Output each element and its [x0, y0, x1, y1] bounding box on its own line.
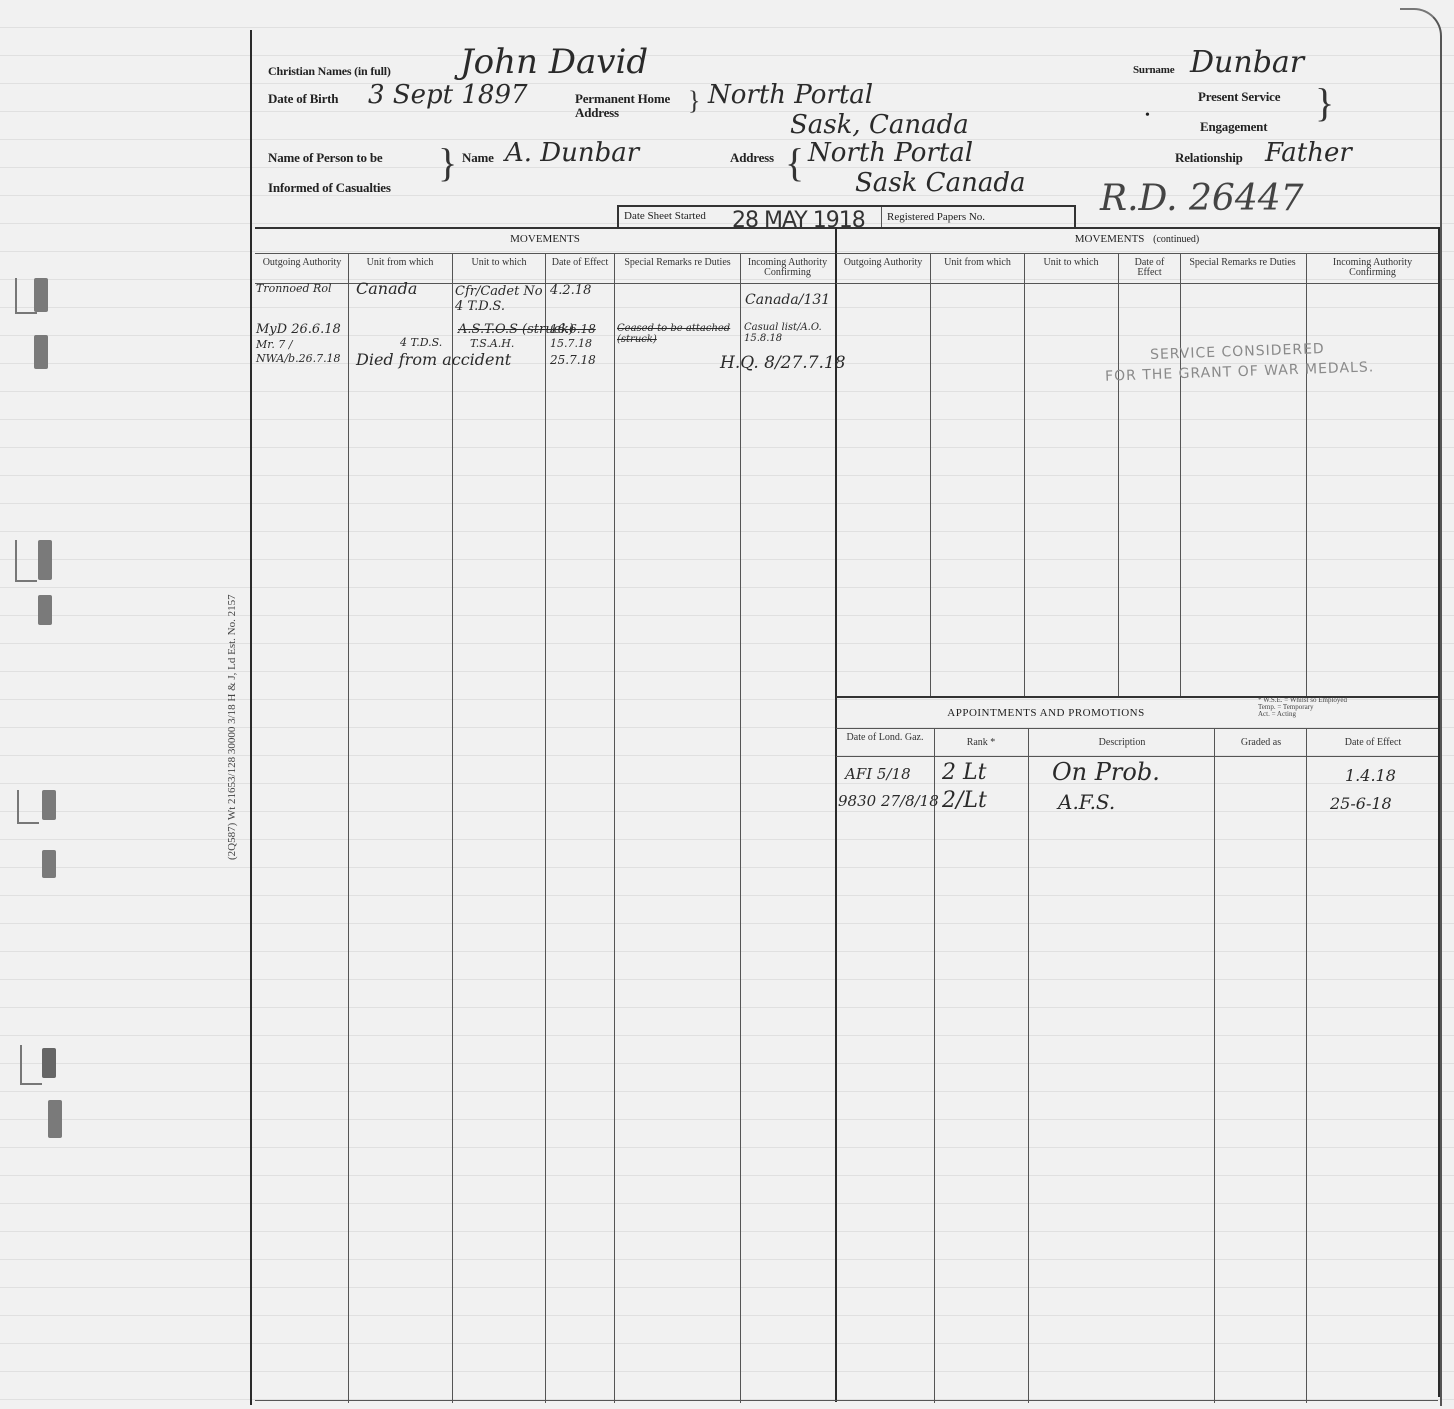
col-header-incoming: Incoming Authority Confirming — [741, 258, 834, 278]
cell-remarks: Ceased to be attached (struck) — [617, 323, 739, 345]
cell-outgoing: Mr. 7 / — [256, 338, 293, 351]
col-divider — [614, 253, 615, 1403]
binder-clip — [17, 790, 39, 824]
next-of-kin-label-2: Informed of Casualties — [268, 180, 391, 196]
binder-tab — [48, 1100, 62, 1138]
cell-unit-from: Died from accident — [356, 350, 511, 369]
appointments-title: APPOINTMENTS AND PROMOTIONS — [836, 707, 1256, 719]
col-divider — [1028, 728, 1029, 1403]
col-header-date: Date of Effect — [1122, 258, 1177, 278]
col-header-effect: Date of Effect — [1310, 738, 1436, 748]
col-divider — [1180, 253, 1181, 696]
binder-tab — [38, 540, 52, 580]
col-divider — [934, 728, 935, 1403]
cell-effect: 25-6-18 — [1330, 794, 1392, 813]
date-sheet-box: Date Sheet Started 28 MAY 1918 Registere… — [617, 205, 1076, 229]
title-text: MOVEMENTS — [1075, 233, 1145, 245]
divider — [836, 283, 1438, 284]
dob-label: Date of Birth — [268, 91, 338, 107]
cell-unit-to: Cfr/Cadet No 4 T.D.S. — [455, 284, 545, 314]
col-header-incoming: Incoming Authority Confirming — [1310, 258, 1435, 278]
nok-name-label: Name — [462, 150, 494, 166]
col-divider — [1214, 728, 1215, 1403]
relationship-value: Father — [1265, 138, 1352, 168]
date-sheet-started-label: Date Sheet Started — [624, 210, 706, 222]
col-divider — [1306, 728, 1307, 1403]
table-bottom-border — [255, 1400, 1438, 1401]
form-print-code: (2Q587) Wt 21653/128 30000 3/18 H & J, L… — [226, 500, 238, 860]
form-left-border — [250, 30, 252, 1405]
brace: } — [1315, 90, 1334, 116]
present-service-label: Present Service — [1198, 89, 1280, 105]
divider — [836, 253, 1438, 254]
christian-names-value: John David — [460, 42, 648, 82]
col-header-outgoing: Outgoing Authority — [838, 258, 928, 268]
col-header-remarks: Special Remarks re Duties — [620, 258, 735, 268]
relationship-label: Relationship — [1175, 150, 1243, 166]
col-header-unit-from: Unit from which — [935, 258, 1020, 268]
brace: } — [438, 150, 457, 176]
cell-date: 15.7.18 — [550, 337, 592, 350]
cell-date: 16.6.18 — [550, 322, 596, 336]
cell-unit-from: 4 T.D.S. — [400, 336, 442, 349]
permanent-address-line1: North Portal — [708, 80, 873, 110]
page-corner-edge — [1400, 8, 1442, 1406]
date-sheet-started-stamp: 28 MAY 1918 — [732, 208, 865, 233]
col-header-unit-from: Unit from which — [355, 258, 445, 268]
divider — [836, 756, 1438, 757]
next-of-kin-label-1: Name of Person to be — [268, 150, 382, 166]
binder-tab — [34, 278, 48, 312]
col-divider — [930, 253, 931, 696]
cell-incoming: H.Q. 8/27.7.18 — [720, 353, 846, 373]
movements-title: MOVEMENTS — [255, 233, 835, 245]
col-header-date: Date of Effect — [550, 258, 610, 268]
surname-value: Dunbar — [1190, 45, 1304, 80]
brace: } — [688, 88, 700, 114]
dob-value: 3 Sept 1897 — [368, 80, 528, 110]
cell-date: 4.2.18 — [550, 283, 591, 298]
col-header-description: Description — [1032, 738, 1212, 748]
nok-address-line2: Sask Canada — [855, 168, 1025, 198]
center-divider — [835, 227, 837, 1402]
cell-rank: 2/Lt — [942, 788, 987, 813]
registered-papers-label: Registered Papers No. — [887, 211, 985, 223]
col-header-rank: Rank * — [938, 738, 1024, 748]
cell-gazette: 9830 27/8/18 — [838, 792, 939, 810]
col-header-unit-to: Unit to which — [460, 258, 538, 268]
col-divider — [1306, 253, 1307, 696]
col-header-gazette: Date of Lond. Gaz. — [840, 733, 930, 743]
cell-date: 25.7.18 — [550, 353, 596, 367]
binder-clip — [20, 1045, 42, 1085]
binder-tab — [42, 850, 56, 878]
title-suffix: (continued) — [1153, 234, 1199, 245]
permanent-home-label-2: Address — [575, 105, 619, 121]
cell-incoming: Canada/131 — [745, 292, 830, 308]
table-top-border — [255, 227, 1440, 229]
cell-unit-from: Canada — [356, 279, 417, 298]
col-divider — [545, 253, 546, 1403]
cell-rank: 2 Lt — [942, 760, 986, 785]
surname-label: Surname — [1133, 64, 1174, 76]
cell-gazette: AFI 5/18 — [845, 765, 911, 783]
cell-description: On Prob. — [1052, 758, 1160, 786]
cell-outgoing: MyD 26.6.18 — [256, 322, 341, 337]
col-divider — [452, 253, 453, 1403]
col-divider — [740, 253, 741, 1403]
divider — [881, 207, 882, 229]
divider — [836, 696, 1438, 698]
cell-effect: 1.4.18 — [1345, 766, 1396, 785]
col-divider — [348, 253, 349, 1403]
right-border — [1438, 227, 1440, 1397]
nok-address-label: Address — [730, 150, 774, 166]
cell-outgoing: Tronnoed Rol — [256, 282, 331, 295]
movements-continued-title: MOVEMENTS (continued) — [836, 233, 1438, 245]
christian-names-label: Christian Names (in full) — [268, 64, 391, 79]
col-divider — [1118, 253, 1119, 696]
col-header-graded: Graded as — [1218, 738, 1304, 748]
binder-tab — [42, 790, 56, 820]
binder-tab — [38, 595, 52, 625]
cell-unit-to: T.S.A.H. — [470, 337, 514, 350]
engagement-label: Engagement — [1200, 119, 1267, 135]
cell-description: A.F.S. — [1058, 790, 1115, 814]
binder-clip — [15, 540, 37, 582]
permanent-address-line2: Sask, Canada — [790, 110, 969, 140]
nok-name-value: A. Dunbar — [505, 138, 639, 168]
reference-number: R.D. 26447 — [1100, 178, 1304, 219]
cell-incoming: Casual list/A.O. 15.8.18 — [744, 322, 836, 344]
cell-outgoing: NWA/b.26.7.18 — [256, 352, 341, 365]
binder-tab — [42, 1048, 56, 1078]
nok-address-line1: North Portal — [808, 138, 973, 168]
col-header-outgoing: Outgoing Authority — [258, 258, 346, 268]
col-divider — [1024, 253, 1025, 696]
rank-legend: * W.S.E. = Whilst so Employed Temp. = Te… — [1258, 697, 1347, 718]
dot-mark: • — [1145, 108, 1150, 124]
col-header-unit-to: Unit to which — [1040, 258, 1102, 268]
divider — [836, 728, 1438, 729]
legend-act: Act. = Acting — [1258, 711, 1347, 718]
brace: { — [785, 150, 804, 176]
col-header-remarks: Special Remarks re Duties — [1185, 258, 1300, 268]
binder-tab — [34, 335, 48, 369]
